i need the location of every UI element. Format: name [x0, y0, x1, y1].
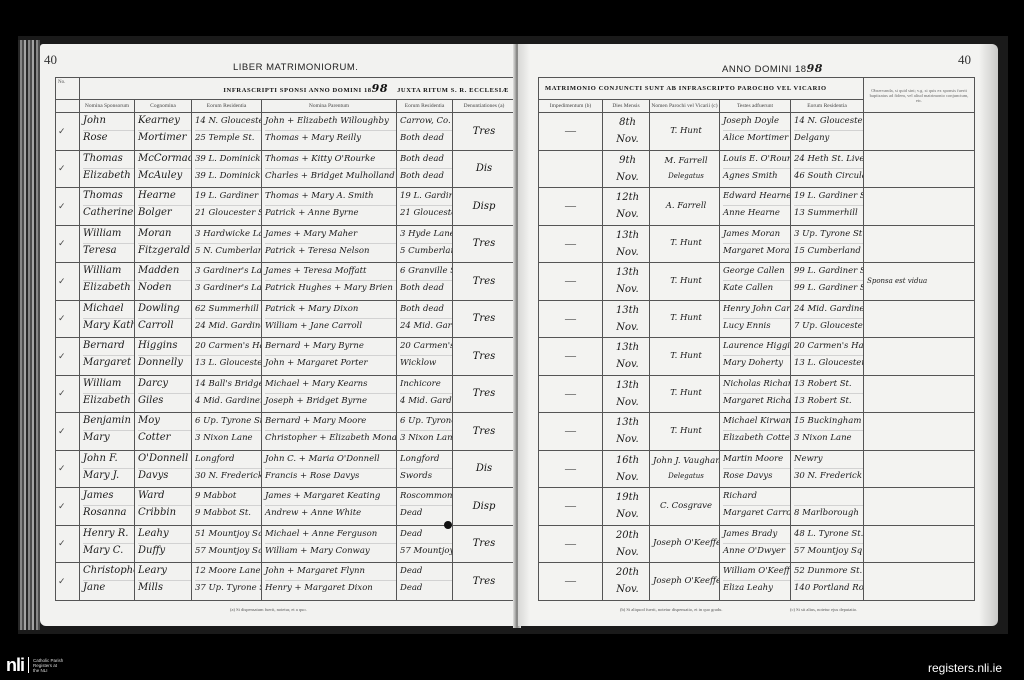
- spouse-surnames: DowlingCarroll: [135, 300, 192, 338]
- line: 9 Mabbot: [195, 489, 261, 506]
- logo-text-line: Catholic Parish: [33, 658, 63, 663]
- spouse-surnames: LearyMills: [135, 563, 192, 601]
- line: Mary: [83, 431, 134, 448]
- col-header: Nomina Parentum: [262, 100, 397, 113]
- spouse-surnames: HearneBolger: [135, 188, 192, 226]
- line: 13 Summerhill: [794, 206, 863, 223]
- table-row: —13thNov.T. HuntNicholas RichardsonMarga…: [539, 375, 975, 413]
- banns: Disp: [453, 188, 516, 226]
- check-mark-icon: ✓: [56, 525, 80, 563]
- line: 52 Dunmore St.: [794, 564, 863, 581]
- line: Margaret Richardson: [723, 394, 790, 411]
- line: Cribbin: [138, 506, 191, 523]
- observations: Sponsa est vidua: [864, 263, 975, 301]
- col-header: Cognomina: [135, 100, 192, 113]
- col-no: [56, 100, 80, 113]
- spouse-surnames: LeahyDuffy: [135, 525, 192, 563]
- line: Teresa: [83, 244, 134, 261]
- marriage-date: 13thNov.: [603, 413, 650, 451]
- spouse-surnames: HigginsDonnelly: [135, 338, 192, 376]
- line: Benjamin: [83, 414, 134, 431]
- witness-residences: 24 Mid. Gardiner St.7 Up. Gloucester St.: [791, 300, 864, 338]
- spouse-first-names: ThomasCatherine: [80, 188, 135, 226]
- parents-names: Bernard + Mary ByrneJohn + Margaret Port…: [262, 338, 397, 376]
- priest: John J. Vaughan: [653, 454, 719, 469]
- line: Michael: [83, 302, 134, 319]
- spouse-residences: 20 Carmen's Hall13 L. Gloucester Place: [192, 338, 262, 376]
- line: 30 N. Frederick St.: [794, 469, 863, 486]
- parents-residences: 19 L. Gardiner St.21 Gloucester St.: [397, 188, 453, 226]
- banns-value: Tres: [473, 426, 496, 437]
- spouse-first-names: WilliamElizabeth: [80, 263, 135, 301]
- line: 57 Mountjoy Sq.: [794, 544, 863, 561]
- witness-residences: 52 Dunmore St.140 Portland Row: [791, 563, 864, 601]
- ink-blot: [444, 521, 452, 529]
- line: 15 Buckingham St.: [794, 414, 863, 431]
- line: John + Margaret Flynn: [265, 564, 396, 581]
- line: Donnelly: [138, 356, 191, 373]
- observations-header: Observanda, si quid sint; v.g. si quis e…: [864, 78, 975, 113]
- marriage-date: 13thNov.: [603, 375, 650, 413]
- priest-name: C. Cosgrave: [650, 488, 720, 526]
- line: Joseph Doyle: [723, 114, 790, 131]
- impediment: —: [539, 263, 603, 301]
- line: 13 L. Gloucester Place: [794, 356, 863, 373]
- date-month: Nov.: [606, 319, 649, 336]
- line: 24 Heth St. Liverpool: [794, 152, 863, 169]
- priest-note: Delegatus: [653, 169, 719, 184]
- table-row: —13thNov.T. HuntHenry John CarsonLucy En…: [539, 300, 975, 338]
- line: McCormack: [138, 152, 191, 169]
- check-mark-icon: ✓: [56, 225, 80, 263]
- witness-residences: 19 L. Gardiner St.13 Summerhill: [791, 188, 864, 226]
- spouse-surnames: MoranFitzgerald: [135, 225, 192, 263]
- line: Patrick Hughes + Mary Brien: [265, 281, 396, 298]
- witness-residences: 3 Up. Tyrone St.15 Cumberland St.: [791, 225, 864, 263]
- line: Both dead: [400, 281, 452, 298]
- spouse-surnames: McCormackMcAuley: [135, 150, 192, 188]
- spouse-first-names: JohnRose: [80, 113, 135, 151]
- priest: T. Hunt: [653, 386, 719, 401]
- spouse-residences: 51 Mountjoy Sq.57 Mountjoy Square: [192, 525, 262, 563]
- table-row: ✓WilliamTeresaMoranFitzgerald3 Hardwicke…: [56, 225, 516, 263]
- line: Jane: [83, 581, 134, 598]
- date-month: Nov.: [606, 244, 649, 261]
- line: 14 N. Gloucester Pl.: [195, 114, 261, 131]
- line: Bolger: [138, 206, 191, 223]
- line: 51 Mountjoy Sq.: [195, 527, 261, 544]
- line: Carroll: [138, 319, 191, 336]
- table-row: —13thNov.T. HuntJames MoranMargaret Mora…: [539, 225, 975, 263]
- line: Giles: [138, 394, 191, 411]
- col-header: Eorum Residentia: [791, 100, 864, 113]
- line: Elizabeth: [83, 394, 134, 411]
- banns-value: Tres: [473, 126, 496, 137]
- parents-names: Bernard + Mary MooreChristopher + Elizab…: [262, 413, 397, 451]
- line: William + Mary Conway: [265, 544, 396, 561]
- line: 8 Marlborough: [794, 506, 863, 523]
- line: Louis E. O'Rourke: [723, 152, 790, 169]
- priest: A. Farrell: [653, 199, 719, 214]
- date-month: Nov.: [606, 356, 649, 373]
- date-month: Nov.: [606, 281, 649, 298]
- line: William + Jane Carroll: [265, 319, 396, 336]
- impediment-value: —: [565, 200, 576, 212]
- impediment-value: —: [565, 500, 576, 512]
- line: 20 Carmen's Hall: [400, 339, 452, 356]
- line: Richard: [723, 489, 790, 506]
- banns: Tres: [453, 525, 516, 563]
- left-footnote: (a) Si dispensatum fuerit, notetur, et a…: [230, 607, 307, 612]
- line: 39 L. Dominick St.: [195, 169, 261, 186]
- banns-value: Tres: [473, 351, 496, 362]
- line: Margaret: [83, 356, 134, 373]
- impediment-value: —: [565, 538, 576, 550]
- line: 13 Robert St.: [794, 377, 863, 394]
- line: 4 Mid. Gardiner St.: [195, 394, 261, 411]
- line: Leary: [138, 564, 191, 581]
- line: 24 Mid. Gardiner St.: [195, 319, 261, 336]
- right-banner: MATRIMONIO CONJUNCTI SUNT AB INFRASCRIPT…: [539, 78, 864, 100]
- line: Mary Doherty: [723, 356, 790, 373]
- line: 7 Up. Gloucester St.: [794, 319, 863, 336]
- date-month: Nov.: [606, 206, 649, 223]
- table-row: ✓Henry R.Mary C.LeahyDuffy51 Mountjoy Sq…: [56, 525, 516, 563]
- date-day: 19th: [606, 489, 649, 506]
- priest: T. Hunt: [653, 236, 719, 251]
- line: 24 Mid. Gardiner St.: [400, 319, 452, 336]
- line: 3 Hyde Lane: [400, 227, 452, 244]
- table-row: 9thNov.M. FarrellDelegatusLouis E. O'Rou…: [539, 150, 975, 188]
- table-row: ✓MichaelMary KathleenDowlingCarroll62 Su…: [56, 300, 516, 338]
- line: Catherine: [83, 206, 134, 223]
- line: Henry + Margaret Dixon: [265, 581, 396, 598]
- spouse-surnames: O'DonnellDavys: [135, 450, 192, 488]
- line: Patrick + Mary Dixon: [265, 302, 396, 319]
- date-day: 13th: [606, 227, 649, 244]
- spouse-first-names: BenjaminMary: [80, 413, 135, 451]
- line: Longford: [400, 452, 452, 469]
- line: 20 Carmen's Hall: [195, 339, 261, 356]
- spouse-surnames: KearneyMortimer: [135, 113, 192, 151]
- observations: [864, 563, 975, 601]
- table-row: ✓BenjaminMaryMoyCotter6 Up. Tyrone St.3 …: [56, 413, 516, 451]
- parents-names: Patrick + Mary DixonWilliam + Jane Carro…: [262, 300, 397, 338]
- line: Thomas: [83, 152, 134, 169]
- parents-names: John + Margaret FlynnHenry + Margaret Di…: [262, 563, 397, 601]
- priest: C. Cosgrave: [653, 499, 719, 514]
- line: Anne O'Dwyer: [723, 544, 790, 561]
- spouse-residences: 62 Summerhill24 Mid. Gardiner St.: [192, 300, 262, 338]
- line: Bernard + Mary Byrne: [265, 339, 396, 356]
- line: Henry John Carson: [723, 302, 790, 319]
- line: 3 Gardiner's Lane: [195, 281, 261, 298]
- priest-name: John J. VaughanDelegatus: [650, 450, 720, 488]
- line: Both dead: [400, 131, 452, 148]
- table-row: ✓BernardMargaretHigginsDonnelly20 Carmen…: [56, 338, 516, 376]
- date-day: 13th: [606, 414, 649, 431]
- line: Christopher + Elizabeth Monahan: [265, 431, 396, 448]
- priest-name: T. Hunt: [650, 225, 720, 263]
- banner-suffix: JUXTA RITUM S. R. ECCLESIÆ: [397, 87, 509, 94]
- line: Michael + Anne Ferguson: [265, 527, 396, 544]
- table-row: —13thNov.T. HuntLaurence HigginsMary Doh…: [539, 338, 975, 376]
- line: Wicklow: [400, 356, 452, 373]
- line: Dead: [400, 564, 452, 581]
- banns: Dis: [453, 150, 516, 188]
- banns: Tres: [453, 113, 516, 151]
- witness-residences: 99 L. Gardiner St.99 L. Gardiner St.: [791, 263, 864, 301]
- line: Andrew + Anne White: [265, 506, 396, 523]
- line: Elizabeth Cotter: [723, 431, 790, 448]
- line: Dead: [400, 506, 452, 523]
- date-month: Nov.: [606, 581, 649, 598]
- banns: Tres: [453, 225, 516, 263]
- line: Rose: [83, 131, 134, 148]
- line: Edward Hearne: [723, 189, 790, 206]
- table-row: —13thNov.T. HuntMichael KirwanElizabeth …: [539, 413, 975, 451]
- date-day: 20th: [606, 527, 649, 544]
- line: John: [83, 114, 134, 131]
- check-mark-icon: ✓: [56, 375, 80, 413]
- line: Christopher: [83, 564, 134, 581]
- witnesses: James BradyAnne O'Dwyer: [720, 525, 791, 563]
- witnesses: George CallenKate Callen: [720, 263, 791, 301]
- marriage-date: 13thNov.: [603, 225, 650, 263]
- spouse-residences: 3 Gardiner's Lane3 Gardiner's Lane: [192, 263, 262, 301]
- priest-name: Joseph O'Keeffe: [650, 525, 720, 563]
- witnesses: William O'KeeffeEliza Leahy: [720, 563, 791, 601]
- spouse-first-names: JamesRosanna: [80, 488, 135, 526]
- line: Both dead: [400, 302, 452, 319]
- line: Swords: [400, 469, 452, 486]
- right-title-year: 98: [807, 62, 823, 75]
- line: Mortimer: [138, 131, 191, 148]
- banns: Tres: [453, 263, 516, 301]
- check-mark-icon: ✓: [56, 113, 80, 151]
- line: 19 L. Gardiner St.: [195, 189, 261, 206]
- observation-text: Sponsa est vidua: [867, 277, 927, 285]
- parents-residences: Both dead24 Mid. Gardiner St.: [397, 300, 453, 338]
- witnesses: James MoranMargaret Moran: [720, 225, 791, 263]
- logo-divider: [28, 657, 29, 673]
- line: Leahy: [138, 527, 191, 544]
- marriage-date: 19thNov.: [603, 488, 650, 526]
- impediment: —: [539, 563, 603, 601]
- priest: Joseph O'Keeffe: [653, 574, 719, 589]
- line: Thomas: [83, 189, 134, 206]
- line: Thomas + Mary A. Smith: [265, 189, 396, 206]
- witnesses: Nicholas RichardsonMargaret Richardson: [720, 375, 791, 413]
- date-month: Nov.: [606, 469, 649, 486]
- line: 13 Robert St.: [794, 394, 863, 411]
- line: 57 Mountjoy Sq.: [400, 544, 452, 561]
- line: 6 Granville St.: [400, 264, 452, 281]
- book-edge: [18, 40, 40, 630]
- line: Longford: [195, 452, 261, 469]
- date-month: Nov.: [606, 394, 649, 411]
- line: 14 N. Gloucester Place: [794, 114, 863, 131]
- line: 3 Up. Tyrone St.: [794, 227, 863, 244]
- spouse-first-names: WilliamTeresa: [80, 225, 135, 263]
- witness-residences: Newry30 N. Frederick St.: [791, 450, 864, 488]
- banns: Disp: [453, 488, 516, 526]
- line: Dead: [400, 527, 452, 544]
- spouse-first-names: ThomasElizabeth: [80, 150, 135, 188]
- site-url[interactable]: registers.nli.ie: [928, 661, 1002, 675]
- line: Patrick + Teresa Nelson: [265, 244, 396, 261]
- impediment: —: [539, 488, 603, 526]
- line: Patrick + Anne Byrne: [265, 206, 396, 223]
- line: Ward: [138, 489, 191, 506]
- spouse-first-names: Henry R.Mary C.: [80, 525, 135, 563]
- line: Mary Kathleen: [83, 319, 134, 336]
- line: Dead: [400, 581, 452, 598]
- line: Delgany: [794, 131, 863, 148]
- line: John + Elizabeth Willoughby: [265, 114, 396, 131]
- line: Rosanna: [83, 506, 134, 523]
- line: Both dead: [400, 169, 452, 186]
- table-row: ✓JamesRosannaWardCribbin9 Mabbot9 Mabbot…: [56, 488, 516, 526]
- impediment-value: —: [565, 275, 576, 287]
- observations: [864, 338, 975, 376]
- impediment-value: —: [565, 388, 576, 400]
- witness-residences: 13 Robert St.13 Robert St.: [791, 375, 864, 413]
- col-header: Denuntiationes (a): [453, 100, 516, 113]
- line: 21 Gloucester St.: [195, 206, 261, 223]
- impediment: [539, 150, 603, 188]
- marriage-date: 16thNov.: [603, 450, 650, 488]
- line: James Brady: [723, 527, 790, 544]
- right-page-title: ANNO DOMINI 1898: [722, 62, 823, 75]
- banner-year: 98: [372, 82, 389, 95]
- banns: Dis: [453, 450, 516, 488]
- line: 6 Up. Tyrone St.: [400, 414, 452, 431]
- spouse-residences: 3 Hardwicke Lane5 N. Cumberland St.: [192, 225, 262, 263]
- line: Agnes Smith: [723, 169, 790, 186]
- date-day: 8th: [606, 114, 649, 131]
- impediment-value: —: [565, 313, 576, 325]
- line: 4 Mid. Gardiner St.: [400, 394, 452, 411]
- parents-names: Thomas + Kitty O'RourkeCharles + Bridget…: [262, 150, 397, 188]
- spouse-residences: 9 Mabbot9 Mabbot St.: [192, 488, 262, 526]
- line: 19 L. Gardiner St.: [400, 189, 452, 206]
- nli-logo-text: Catholic Parish Registers at the NLI: [33, 658, 63, 673]
- line: O'Donnell: [138, 452, 191, 469]
- line: Mary J.: [83, 469, 134, 486]
- line: 3 Nixon Lane: [400, 431, 452, 448]
- table-row: ✓ThomasElizabethMcCormackMcAuley39 L. Do…: [56, 150, 516, 188]
- parents-residences: Inchicore4 Mid. Gardiner St.: [397, 375, 453, 413]
- line: Madden: [138, 264, 191, 281]
- banns-value: Tres: [473, 388, 496, 399]
- right-footnote-c: (c) Si sit alius, notetur ejus deputatio…: [790, 607, 857, 612]
- observations: [864, 150, 975, 188]
- line: 3 Hardwicke Lane: [195, 227, 261, 244]
- parents-names: John + Elizabeth WilloughbyThomas + Mary…: [262, 113, 397, 151]
- line: Margaret Moran: [723, 244, 790, 261]
- line: 46 South Circular Rd.: [794, 169, 863, 186]
- spouse-residences: 14 Ball's Bridge Terrace4 Mid. Gardiner …: [192, 375, 262, 413]
- line: James + Teresa Moffatt: [265, 264, 396, 281]
- table-row: —13thNov.T. HuntGeorge CallenKate Callen…: [539, 263, 975, 301]
- banns: Tres: [453, 413, 516, 451]
- priest-name: T. Hunt: [650, 263, 720, 301]
- spouse-first-names: WilliamElizabeth: [80, 375, 135, 413]
- priest: T. Hunt: [653, 349, 719, 364]
- observations: [864, 113, 975, 151]
- parents-residences: 6 Granville St.Both dead: [397, 263, 453, 301]
- witness-residences: 8 Marlborough: [791, 488, 864, 526]
- col-header: Eorum Residentia: [397, 100, 453, 113]
- witnesses: Joseph DoyleAlice Mortimer: [720, 113, 791, 151]
- line: Bernard: [83, 339, 134, 356]
- table-row: ✓ThomasCatherineHearneBolger19 L. Gardin…: [56, 188, 516, 226]
- line: Noden: [138, 281, 191, 298]
- col-header: Nomina Sponsorum: [80, 100, 135, 113]
- line: Martin Moore: [723, 452, 790, 469]
- impediment: —: [539, 338, 603, 376]
- line: Rose Davys: [723, 469, 790, 486]
- line: Joseph + Bridget Byrne: [265, 394, 396, 411]
- line: Anne Hearne: [723, 206, 790, 223]
- witness-residences: 14 N. Gloucester PlaceDelgany: [791, 113, 864, 151]
- table-row: —20thNov.Joseph O'KeeffeJames BradyAnne …: [539, 525, 975, 563]
- line: Duffy: [138, 544, 191, 561]
- line: [794, 489, 863, 506]
- line: 3 Nixon Lane: [794, 431, 863, 448]
- observations: [864, 188, 975, 226]
- right-title-text: ANNO DOMINI 18: [722, 64, 807, 75]
- line: William: [83, 227, 134, 244]
- date-month: Nov.: [606, 544, 649, 561]
- line: Dowling: [138, 302, 191, 319]
- impediment-value: —: [565, 238, 576, 250]
- line: Davys: [138, 469, 191, 486]
- parents-residences: 6 Up. Tyrone St.3 Nixon Lane: [397, 413, 453, 451]
- col-header: Dies Mensis: [603, 100, 650, 113]
- line: Inchicore: [400, 377, 452, 394]
- date-month: Nov.: [606, 431, 649, 448]
- banns: Tres: [453, 300, 516, 338]
- line: 13 L. Gloucester Place: [195, 356, 261, 373]
- line: Both dead: [400, 152, 452, 169]
- spouse-surnames: MoyCotter: [135, 413, 192, 451]
- banns-value: Tres: [473, 538, 496, 549]
- observations: [864, 225, 975, 263]
- line: 5 Cumberland St.: [400, 244, 452, 261]
- check-mark-icon: ✓: [56, 300, 80, 338]
- date-day: 13th: [606, 302, 649, 319]
- line: James Moran: [723, 227, 790, 244]
- date-month: Nov.: [606, 506, 649, 523]
- observations: [864, 375, 975, 413]
- priest-name: T. Hunt: [650, 338, 720, 376]
- line: Michael Kirwan: [723, 414, 790, 431]
- check-mark-icon: ✓: [56, 413, 80, 451]
- line: 6 Up. Tyrone St.: [195, 414, 261, 431]
- date-day: 12th: [606, 189, 649, 206]
- line: Eliza Leahy: [723, 581, 790, 598]
- line: 62 Summerhill: [195, 302, 261, 319]
- observations: [864, 488, 975, 526]
- line: Elizabeth: [83, 281, 134, 298]
- line: George Callen: [723, 264, 790, 281]
- line: John C. + Maria O'Donnell: [265, 452, 396, 469]
- witnesses: Michael KirwanElizabeth Cotter: [720, 413, 791, 451]
- line: James: [83, 489, 134, 506]
- witnesses: Louis E. O'RourkeAgnes Smith: [720, 150, 791, 188]
